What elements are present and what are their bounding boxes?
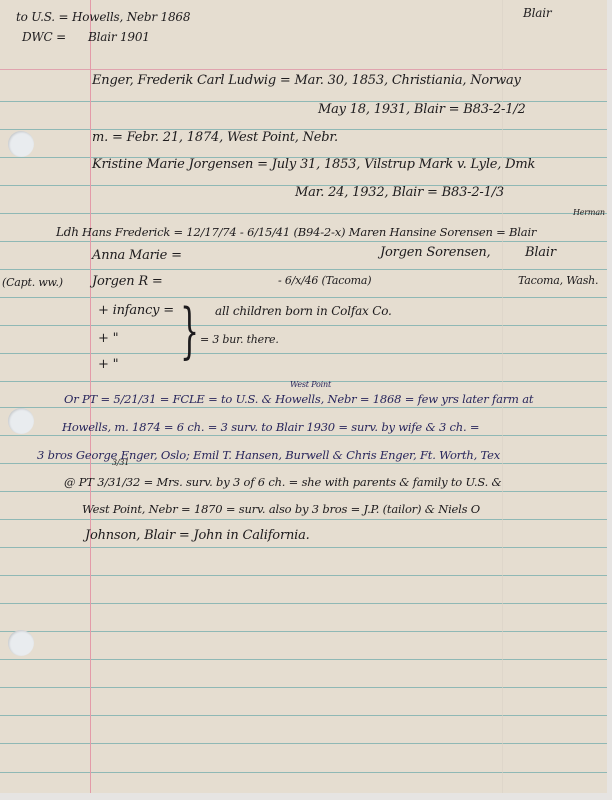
top-margin-line bbox=[0, 69, 607, 70]
child4-line: + infancy = bbox=[98, 303, 174, 318]
person1-name-line: Enger, Frederik Carl Ludwig = Mar. 30, 1… bbox=[92, 73, 521, 88]
obit-line6: Johnson, Blair = John in California. bbox=[85, 528, 310, 543]
child2-line: Anna Marie = bbox=[92, 248, 182, 263]
rule-line bbox=[0, 435, 607, 436]
person1-death-line: May 18, 1931, Blair = B83-2-1/2 bbox=[318, 102, 526, 117]
child3-line: Jorgen R = bbox=[92, 274, 163, 289]
notebook-page: to U.S. = Howells, Nebr 1868 DWC = Blair… bbox=[0, 0, 607, 793]
hole-punch bbox=[8, 630, 34, 656]
child2-place: Blair bbox=[525, 245, 556, 260]
child1-line: Hans Frederick = 12/17/74 - 6/15/41 (B94… bbox=[82, 225, 536, 239]
curly-brace: } bbox=[180, 296, 199, 366]
child3-death: - 6/x/46 (Tacoma) bbox=[278, 274, 371, 287]
header-top-right: Blair bbox=[523, 6, 551, 20]
obit-line3: 3 bros George Enger, Oslo; Emil T. Hanse… bbox=[37, 448, 500, 462]
child1-note: Herman bbox=[573, 208, 605, 217]
rule-line bbox=[0, 241, 607, 242]
rule-line bbox=[0, 603, 607, 604]
rule-line bbox=[0, 575, 607, 576]
rule-line bbox=[0, 631, 607, 632]
child2-spouse: Jorgen Sorensen, bbox=[380, 245, 490, 260]
rule-line bbox=[0, 687, 607, 688]
child3-prefix: (Capt. ww.) bbox=[2, 276, 63, 289]
person1-married-line: m. = Febr. 21, 1874, West Point, Nebr. bbox=[92, 130, 338, 145]
hole-punch bbox=[8, 408, 34, 434]
header-line1: to U.S. = Howells, Nebr 1868 bbox=[16, 10, 190, 24]
obit-line5: West Point, Nebr = 1870 = surv. also by … bbox=[82, 502, 480, 516]
person2-name-line: Kristine Marie Jorgensen = July 31, 1853… bbox=[92, 157, 535, 172]
brace-note2: = 3 bur. there. bbox=[200, 333, 279, 346]
obit-line4-insert: 3/31 bbox=[112, 458, 129, 467]
brace-note1: all children born in Colfax Co. bbox=[215, 304, 392, 318]
person2-death-line: Mar. 24, 1932, Blair = B83-2-1/3 bbox=[295, 185, 504, 200]
hole-punch bbox=[8, 131, 34, 157]
obit-line2: Howells, m. 1874 = 6 ch. = 3 surv. to Bl… bbox=[62, 420, 479, 434]
rule-line bbox=[0, 715, 607, 716]
child5-line: + " bbox=[98, 331, 118, 346]
rule-line bbox=[0, 743, 607, 744]
rule-line bbox=[0, 407, 607, 408]
obit-line1-insert: West Point bbox=[290, 380, 331, 389]
header-line2-left: DWC = bbox=[22, 30, 66, 44]
obit-line1: Or PT = 5/21/31 = FCLE = to U.S. & Howel… bbox=[64, 392, 533, 406]
rule-line bbox=[0, 463, 607, 464]
obit-line4: @ PT 3/31/32 = Mrs. surv. by 3 of 6 ch. … bbox=[64, 475, 502, 489]
rule-line bbox=[0, 519, 607, 520]
child3-place: Tacoma, Wash. bbox=[518, 274, 598, 287]
child1-prefix: Ldh bbox=[56, 225, 79, 239]
rule-line bbox=[0, 659, 607, 660]
rule-line bbox=[0, 353, 607, 354]
rule-line bbox=[0, 491, 607, 492]
rule-line bbox=[0, 772, 607, 773]
rule-line bbox=[0, 325, 607, 326]
rule-line bbox=[0, 213, 607, 214]
rule-line bbox=[0, 547, 607, 548]
header-line2-right: Blair 1901 bbox=[88, 30, 150, 44]
rule-line bbox=[0, 297, 607, 298]
child6-line: + " bbox=[98, 357, 118, 372]
rule-line bbox=[0, 269, 607, 270]
